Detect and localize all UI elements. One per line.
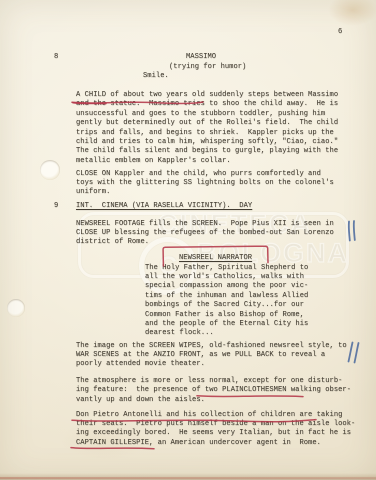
scan-edge-line [0,477,376,479]
page-number: 6 [338,28,342,37]
blue-margin-mark-2 [349,343,359,363]
character-cue-massimo: MASSIMO [186,53,216,62]
scene-number-8: 8 [54,53,58,62]
action-atmosphere-plainclothesmen: The atmosphere is more or less normal, e… [76,377,351,405]
action-newsreel-footage: NEWSREEL FOOTAGE fills the SCREEN. Pope … [76,220,334,248]
action-don-pietro-gillespie: Don Pietro Antonelli and his collection … [76,411,355,449]
screenplay-scan-page: C CINETECA BOLOGNA 6 8 MASSIMO (trying f… [0,0,376,480]
paper-stain [328,0,376,26]
blue-margin-mark-1 [349,221,355,241]
parenthetical-trying-for-humor: (trying for humor) [169,63,246,72]
action-child-and-statue: A CHILD of about two years old suddenly … [76,91,338,166]
action-screen-wipes: The image on the SCREEN WIPES, old-fashi… [76,342,347,370]
dialogue-smile: Smile. [143,72,169,81]
action-close-on-kappler: CLOSE ON Kappler and the child, who purr… [76,170,334,198]
punch-hole-top [40,160,60,180]
dialogue-newsreel-narrator: The Holy Father, Spiritual Shepherd to a… [145,264,308,339]
punch-hole-bottom [7,299,25,317]
scene-heading-cinema: INT. CINEMA (VIA RASELLA VICINITY). DAY [76,202,252,211]
scene-number-9: 9 [54,202,58,211]
character-cue-newsreel-narrator: NEWSREEL NARRATOR [179,254,252,263]
